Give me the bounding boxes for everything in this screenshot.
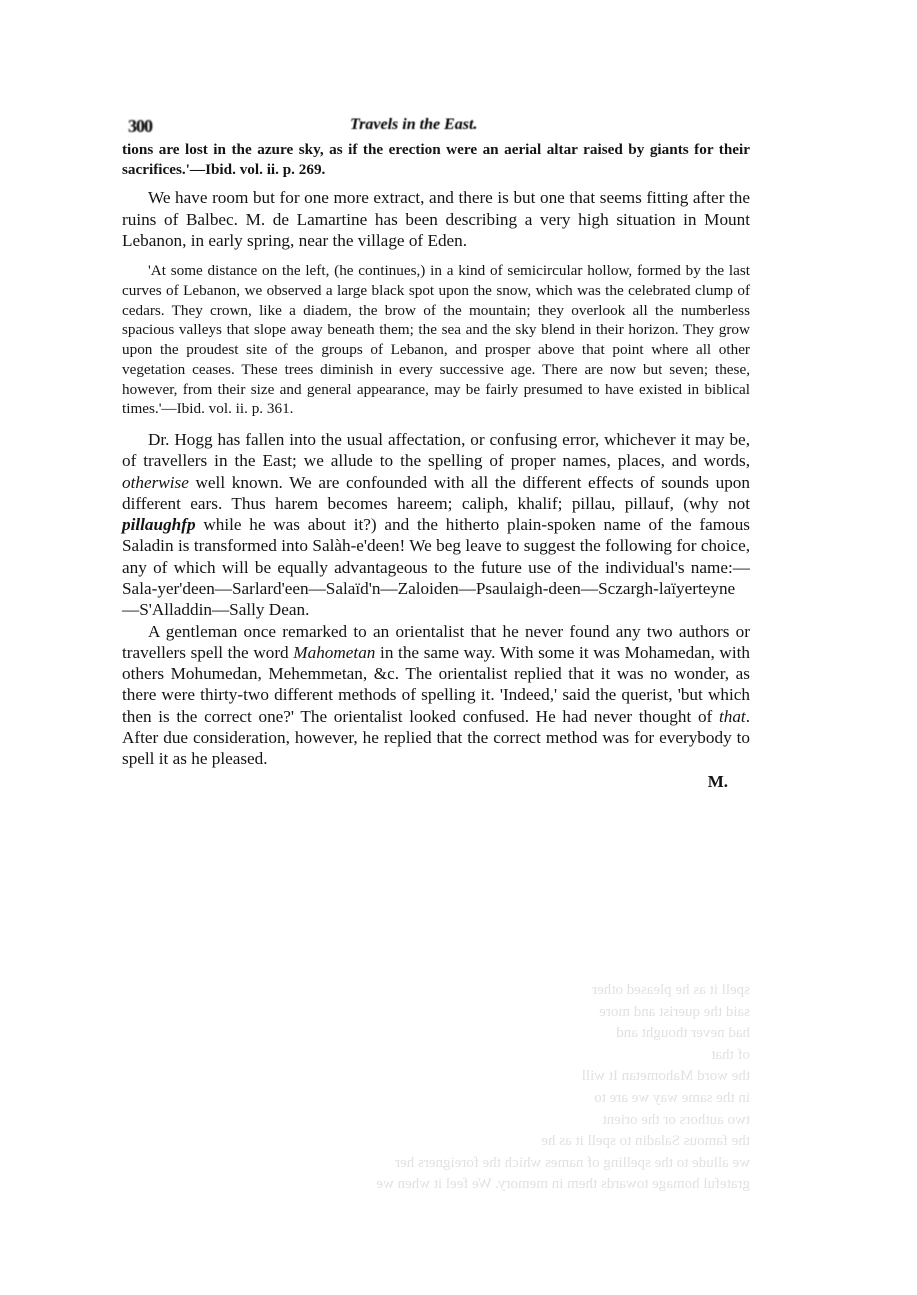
text-run: Dr. Hogg has fallen into the usual affec… (122, 430, 750, 470)
quote-continuation: tions are lost in the azure sky, as if t… (122, 140, 750, 179)
bleed-line: in the same way we are to (122, 1088, 750, 1110)
text-run: while he was about it?) and the hitherto… (122, 515, 750, 619)
bleed-line: the word Mahometan It will (122, 1066, 750, 1088)
bleed-line: we allude to the spelling of names which… (122, 1153, 750, 1175)
text-run: well known. We are confounded with all t… (122, 473, 750, 513)
emphasis-pillaugh: pillaughfp (122, 515, 196, 534)
book-page: 300 Travels in the East. tions are lost … (122, 112, 750, 792)
bleed-through-text: spell it as he pleased other said the qu… (122, 980, 750, 1196)
paragraph-orientalist: A gentleman once remarked to an oriental… (122, 621, 750, 770)
bleed-line: grateful homage towards them in memory. … (122, 1174, 750, 1196)
bleed-line: had never thought and (122, 1023, 750, 1045)
bleed-line: spell it as he pleased other (122, 980, 750, 1002)
paragraph-extract-intro: We have room but for one more extract, a… (122, 187, 750, 251)
bleed-line: of that (122, 1045, 750, 1067)
bleed-line: two authors or the orient (122, 1110, 750, 1132)
bleed-line: said the querist and more (122, 1002, 750, 1024)
bleed-line: the famous Saladin to spell it as he (122, 1131, 750, 1153)
emphasis-that: that (719, 707, 746, 726)
running-head-title: Travels in the East. (350, 116, 477, 134)
author-signature: M. (122, 772, 750, 792)
quote-cedars: 'At some distance on the left, (he conti… (122, 261, 750, 419)
paragraph-spelling: Dr. Hogg has fallen into the usual affec… (122, 429, 750, 621)
running-head: 300 Travels in the East. (122, 112, 750, 140)
emphasis-otherwise: otherwise (122, 473, 189, 492)
emphasis-mahometan: Mahometan (293, 643, 375, 662)
page-number: 300 (128, 116, 152, 137)
